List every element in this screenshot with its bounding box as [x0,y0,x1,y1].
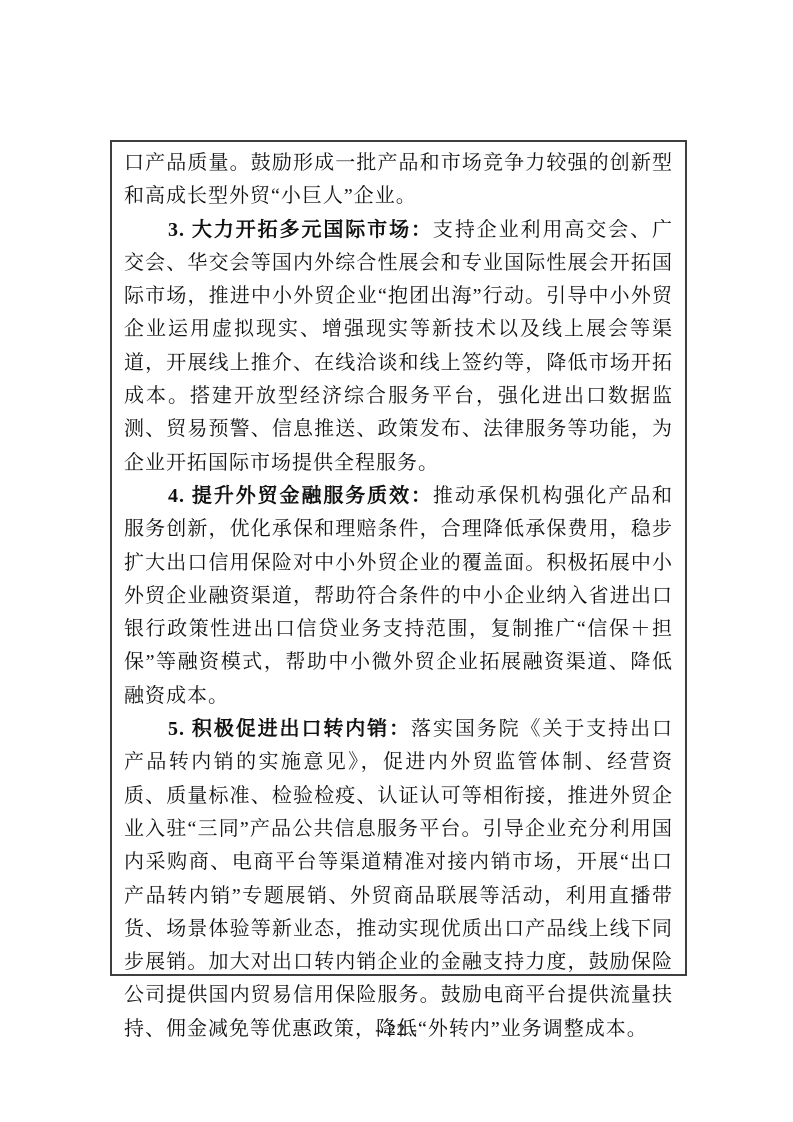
paragraph-continuation: 口产品质量。鼓励形成一批产品和市场竞争力较强的创新型和高成长型外贸“小巨人”企业… [124,147,673,214]
paragraph-heading: 3. 大力开拓多元国际市场： [168,219,433,241]
paragraph-heading: 4. 提升外贸金融服务质效： [168,485,433,507]
paragraph-text: 落实国务院《关于支持出口产品转内销的实施意见》，促进内外贸监管体制、经营资质、质… [124,718,673,1040]
paragraph-text: 支持企业利用高交会、广交会、华交会等国内外综合性展会和专业国际性展会开拓国际市场… [124,219,673,474]
paragraph-heading: 5. 积极促进出口转内销： [168,718,411,740]
paragraph-text: 口产品质量。鼓励形成一批产品和市场竞争力较强的创新型和高成长型外贸“小巨人”企业… [124,152,673,207]
document-page: 口产品质量。鼓励形成一批产品和市场竞争力较强的创新型和高成长型外贸“小巨人”企业… [0,0,793,1122]
paragraph-item-4: 4. 提升外贸金融服务质效：推动承保机构强化产品和服务创新，优化承保和理赔条件，… [124,480,673,713]
paragraph-text: 推动承保机构强化产品和服务创新，优化承保和理赔条件，合理降低承保费用，稳步扩大出… [124,485,673,707]
paragraph-item-3: 3. 大力开拓多元国际市场：支持企业利用高交会、广交会、华交会等国内外综合性展会… [124,214,673,480]
paragraph-item-5: 5. 积极促进出口转内销：落实国务院《关于支持出口产品转内销的实施意见》，促进内… [124,713,673,1046]
page-number: - 22 - [0,1020,793,1040]
bordered-text-box: 口产品质量。鼓励形成一批产品和市场竞争力较强的创新型和高成长型外贸“小巨人”企业… [110,140,687,976]
